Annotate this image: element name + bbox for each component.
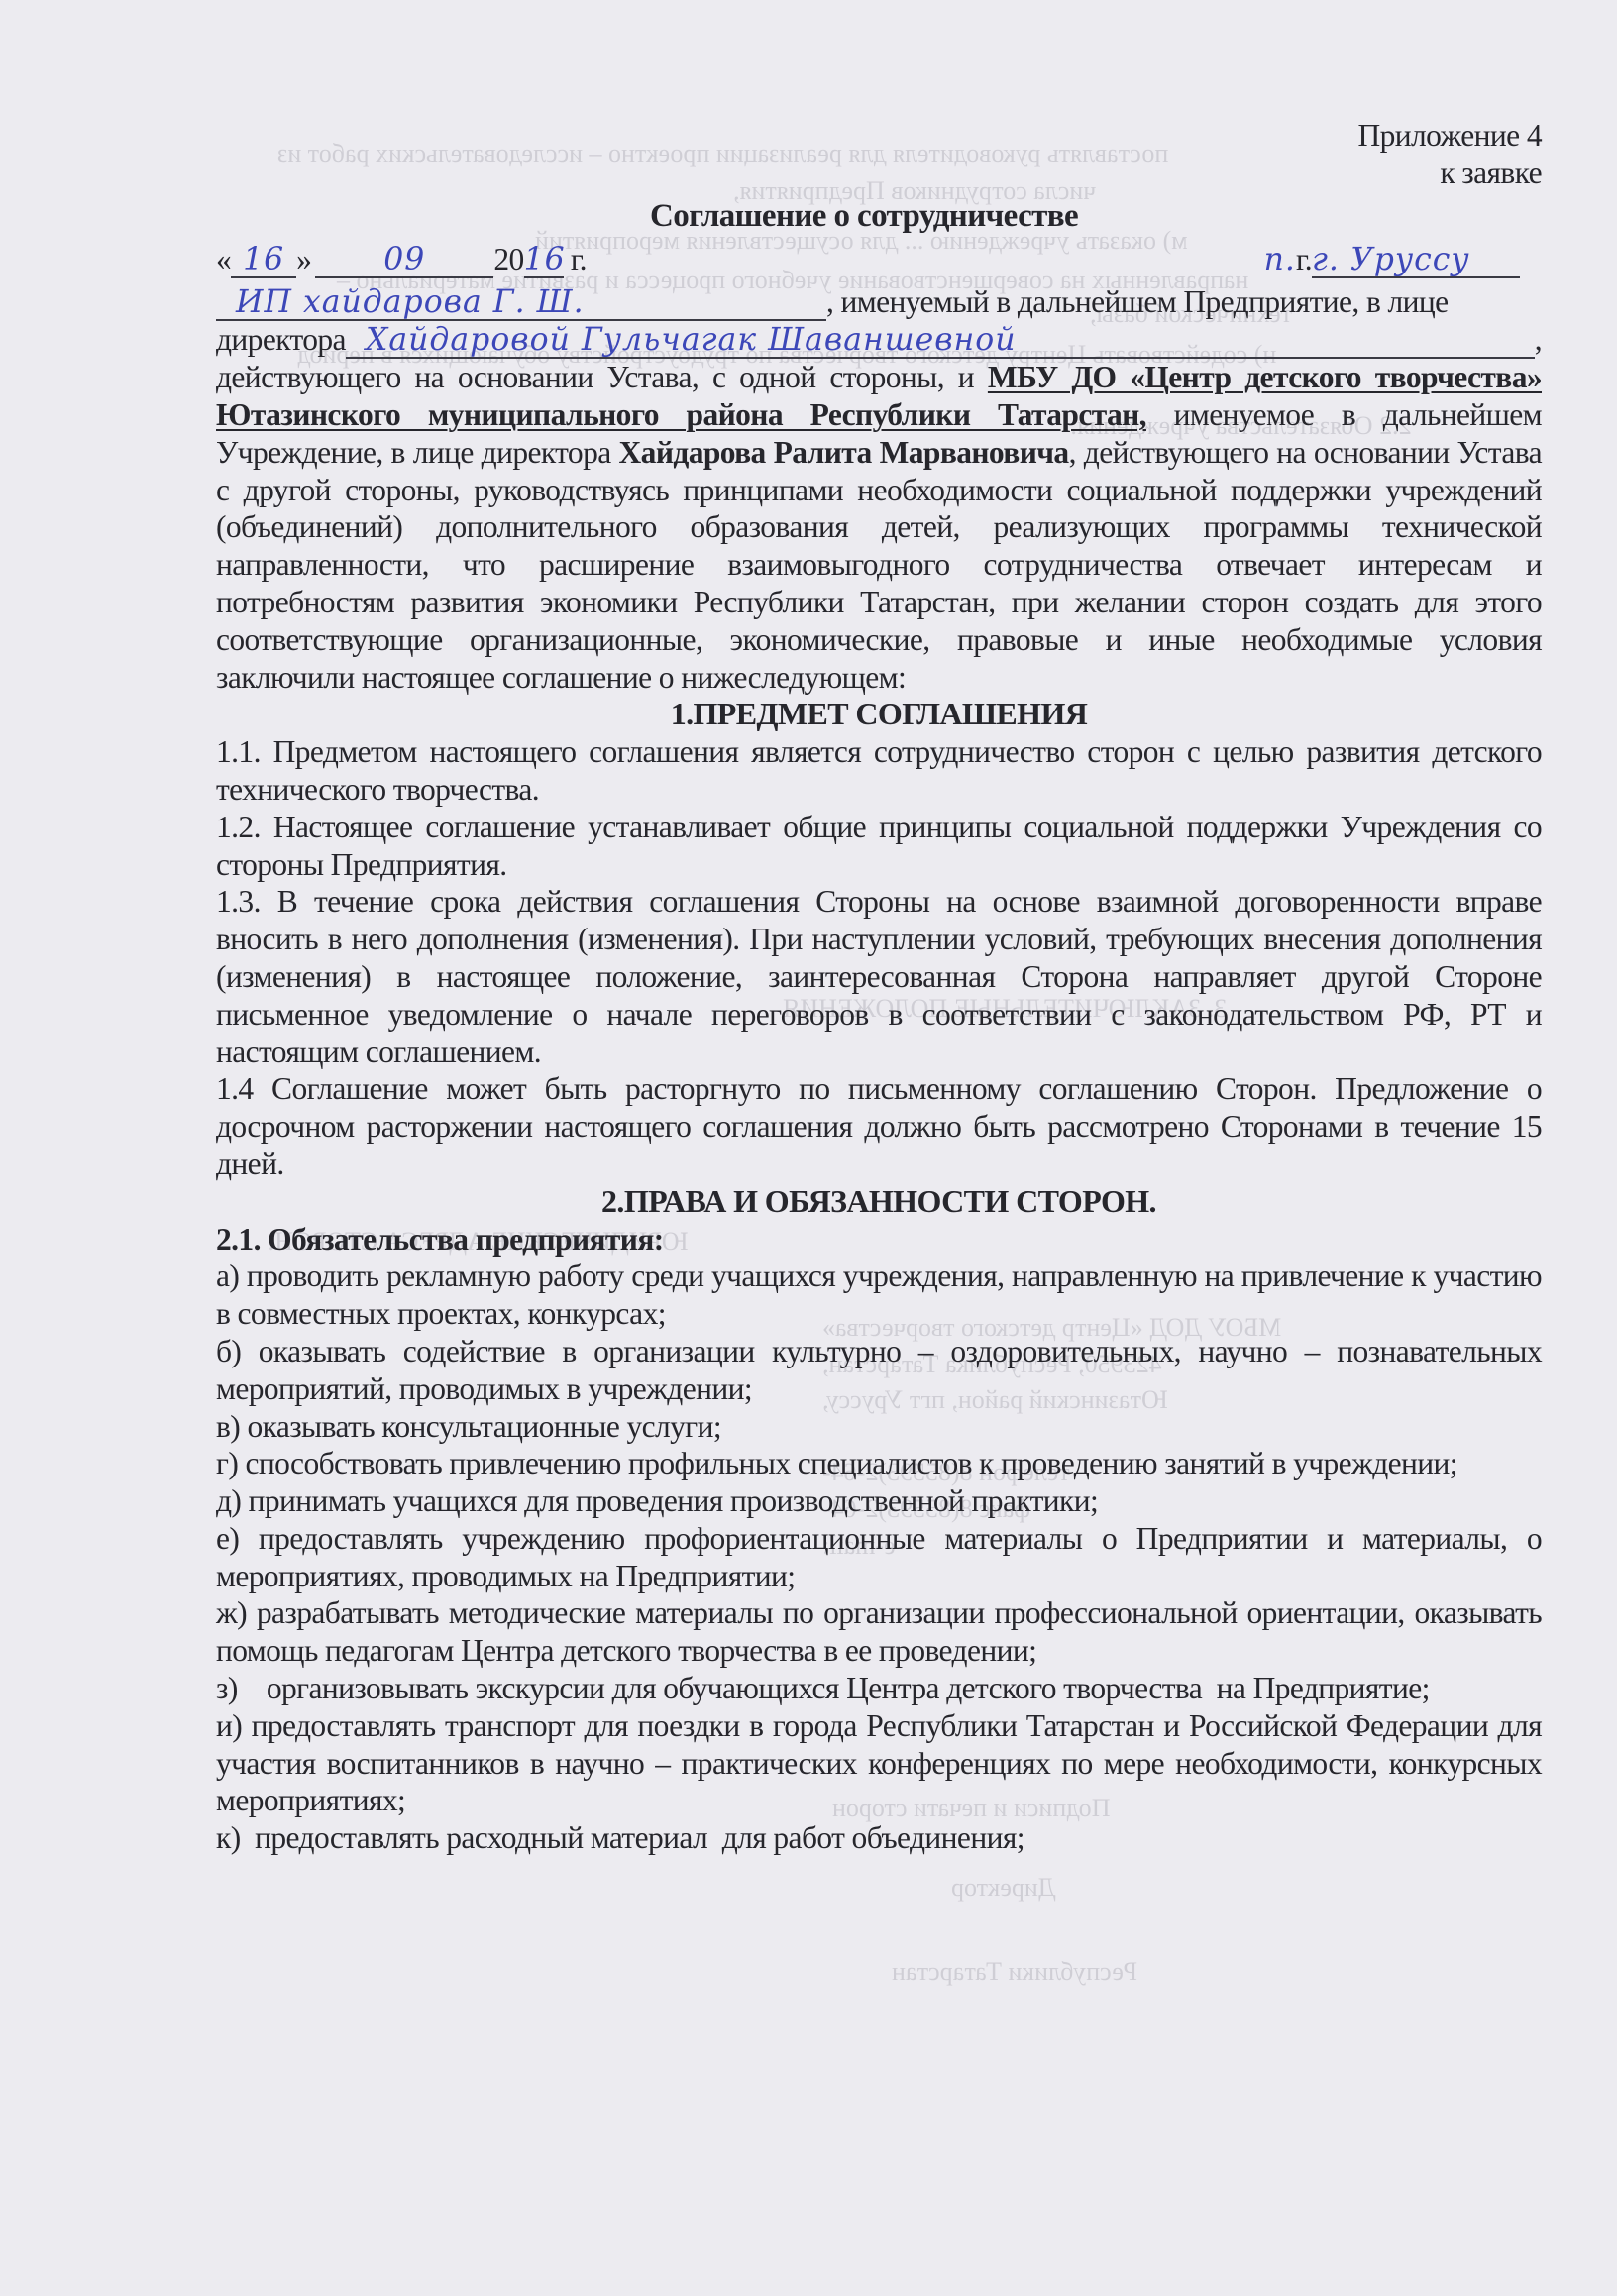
preamble-paragraph: действующего на основании Устава, с одно… bbox=[216, 359, 1542, 696]
clause-1-1: 1.1. Предметом настоящего соглашения явл… bbox=[216, 733, 1542, 809]
obligation-g: г) способствовать привлечению профильных… bbox=[216, 1445, 1542, 1482]
date-place-line: «16»092016 г. п.г.г. Уруссу bbox=[216, 241, 1542, 279]
preamble-basis: действующего на основании Устава, с одно… bbox=[216, 360, 988, 394]
enterprise-name-field[interactable]: ИП хайдарова Г. Ш. bbox=[216, 285, 826, 321]
institution-director-name: Хайдарова Ралита Марвановича bbox=[619, 435, 1069, 470]
place-handwritten-prefix: п. bbox=[1264, 242, 1296, 277]
year-prefix: 20 bbox=[493, 242, 523, 276]
document-body: Приложение 4 к заявке Соглашение о сотру… bbox=[216, 117, 1542, 1857]
bleed-through-line: Директор bbox=[951, 1873, 1056, 1903]
clause-1-2: 1.2. Настоящее соглашение устанавливает … bbox=[216, 809, 1542, 884]
director-line: директора Хайдаровой Гульчагак Шаваншевн… bbox=[216, 321, 1542, 359]
section-2-1-subheading: 2.1. Обязательства предприятия: bbox=[216, 1221, 1542, 1258]
obligation-k: к) предоставлять расходный материал для … bbox=[216, 1819, 1542, 1857]
appendix-number: Приложение 4 bbox=[216, 117, 1542, 155]
place-field: п.г.г. Уруссу bbox=[1264, 241, 1520, 279]
year-unit: г. bbox=[571, 242, 587, 276]
open-quote: « bbox=[216, 242, 231, 276]
year-field[interactable]: 16 bbox=[524, 243, 564, 278]
appendix-subtitle: к заявке bbox=[216, 155, 1542, 192]
month-field[interactable]: 09 bbox=[315, 243, 493, 278]
document-title: Соглашение о сотрудничестве bbox=[216, 198, 1542, 236]
enterprise-line: ИП хайдарова Г. Ш., именуемый в дальнейш… bbox=[216, 283, 1542, 321]
clause-1-4: 1.4 Соглашение может быть расторгнуто по… bbox=[216, 1070, 1542, 1182]
close-quote: » bbox=[296, 242, 311, 276]
director-label: директора bbox=[216, 321, 346, 359]
enterprise-named-as: , именуемый в дальнейшем Предприятие, в … bbox=[826, 284, 1449, 319]
obligation-d: д) принимать учащихся для проведения про… bbox=[216, 1482, 1542, 1520]
obligation-e: е) предоставлять учреждению профориентац… bbox=[216, 1520, 1542, 1595]
obligation-b: б) оказывать содействие в организации ку… bbox=[216, 1333, 1542, 1408]
obligation-i: и) предоставлять транспорт для поездки в… bbox=[216, 1707, 1542, 1819]
place-printed-label: г. bbox=[1296, 242, 1312, 276]
day-field[interactable]: 16 bbox=[231, 243, 296, 278]
section-2-heading: 2.ПРАВА И ОБЯЗАННОСТИ СТОРОН. bbox=[216, 1183, 1542, 1221]
section-1-heading: 1.ПРЕДМЕТ СОГЛАШЕНИЯ bbox=[216, 696, 1542, 733]
place-field-input[interactable]: г. Уруссу bbox=[1312, 243, 1520, 278]
obligation-zh: ж) разрабатывать методические материалы … bbox=[216, 1594, 1542, 1670]
obligation-z: з) организовывать экскурсии для обучающи… bbox=[216, 1670, 1542, 1707]
scanned-document-page: поставлять руководителя для реализации п… bbox=[0, 0, 1617, 2296]
bleed-through-line: Республики Татарстан bbox=[892, 1957, 1137, 1987]
director-comma: , bbox=[1535, 321, 1542, 359]
obligation-v: в) оказывать консультационные услуги; bbox=[216, 1408, 1542, 1446]
obligation-a: а) проводить рекламную работу среди учащ… bbox=[216, 1257, 1542, 1333]
date-field: «16»092016 г. bbox=[216, 241, 587, 278]
clause-1-3: 1.3. В течение срока действия соглашения… bbox=[216, 883, 1542, 1070]
director-name-field[interactable]: Хайдаровой Гульчагак Шаваншевной bbox=[346, 323, 1535, 359]
preamble-rest: , действующего на основании Устава с дру… bbox=[216, 435, 1542, 695]
